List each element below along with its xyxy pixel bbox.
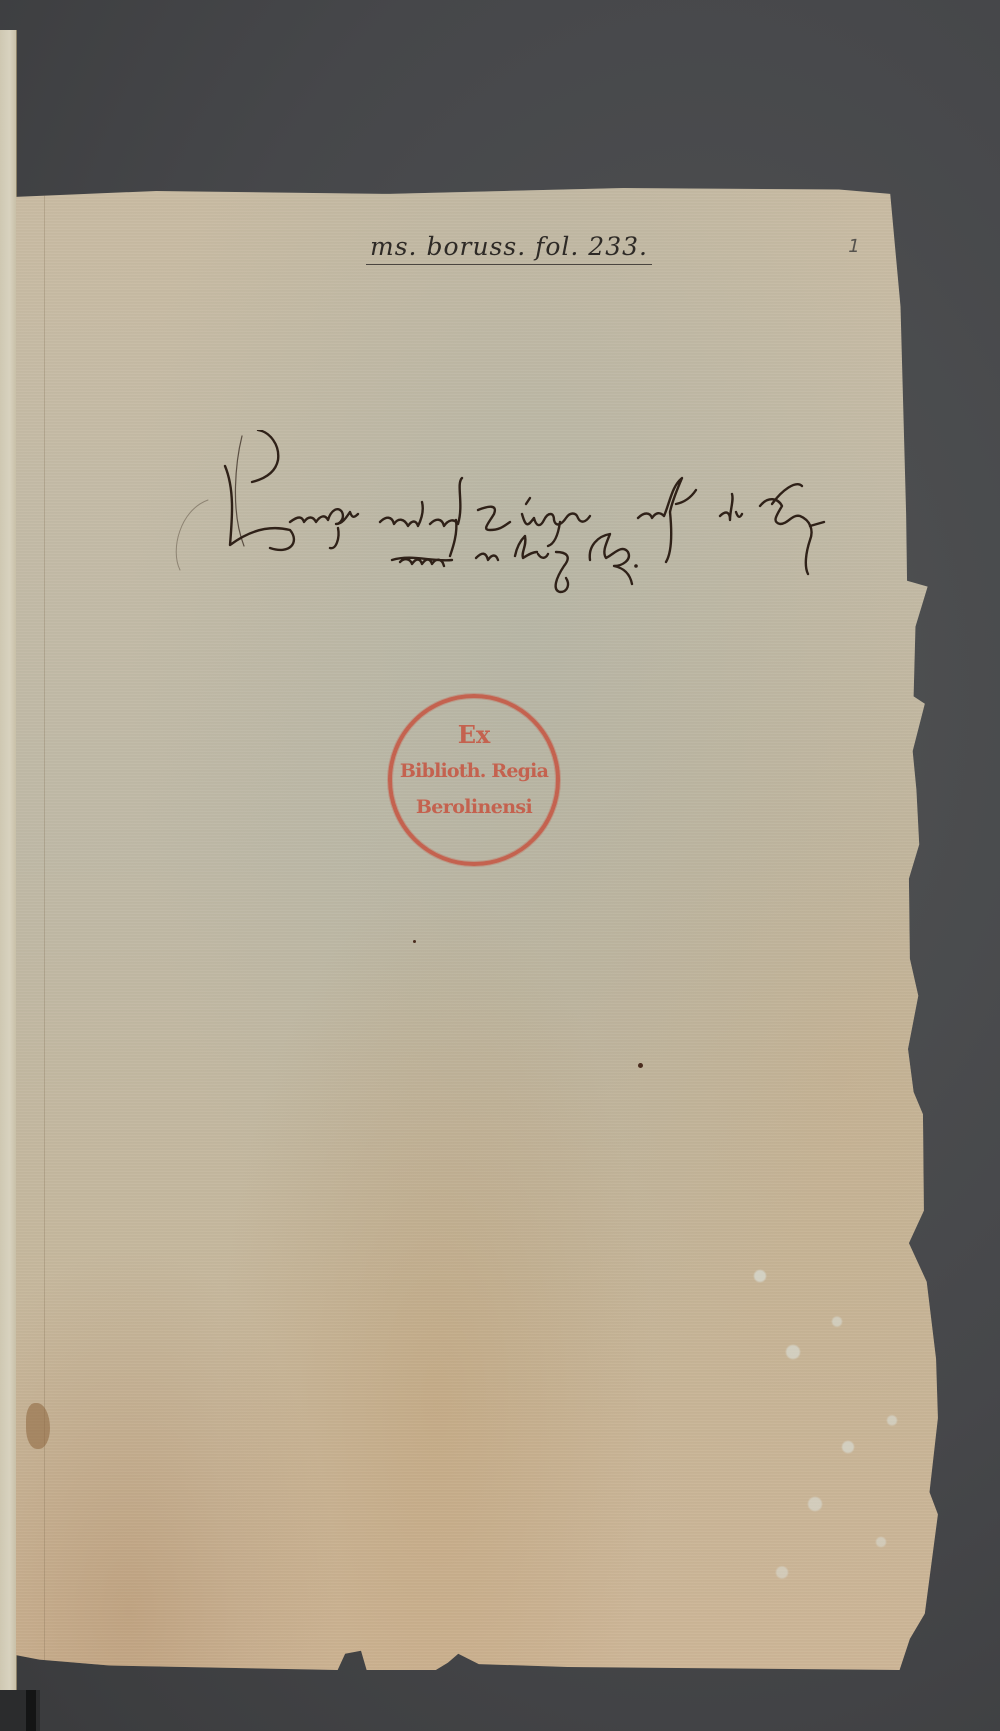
manuscript-leaf xyxy=(16,188,951,1670)
title-line-2: kammer zu Speier geschickt. xyxy=(390,545,774,575)
ink-spot xyxy=(413,940,416,943)
handwritten-title: Verzeichnis dessen, was zu Ungarn auf di… xyxy=(160,430,970,610)
title-line-1: Verzeichnis dessen, was zu Ungarn auf di… xyxy=(240,490,909,520)
fold-line xyxy=(44,188,45,1670)
shelfmark: ms. boruss. fol. 233. xyxy=(366,232,652,265)
library-stamp: Ex Biblioth. Regia Berolinensi xyxy=(388,694,560,866)
foxing-spots xyxy=(716,1238,936,1618)
stamp-line-3: Berolinensi xyxy=(392,796,556,818)
ink-spot xyxy=(638,1063,643,1068)
handwriting-strokes xyxy=(160,430,970,610)
binding-edge xyxy=(0,1690,40,1731)
binding-strip xyxy=(0,30,17,1690)
water-stain xyxy=(26,1403,50,1449)
stamp-line-1: Ex xyxy=(392,720,556,749)
stamp-line-2: Biblioth. Regia xyxy=(386,760,562,782)
